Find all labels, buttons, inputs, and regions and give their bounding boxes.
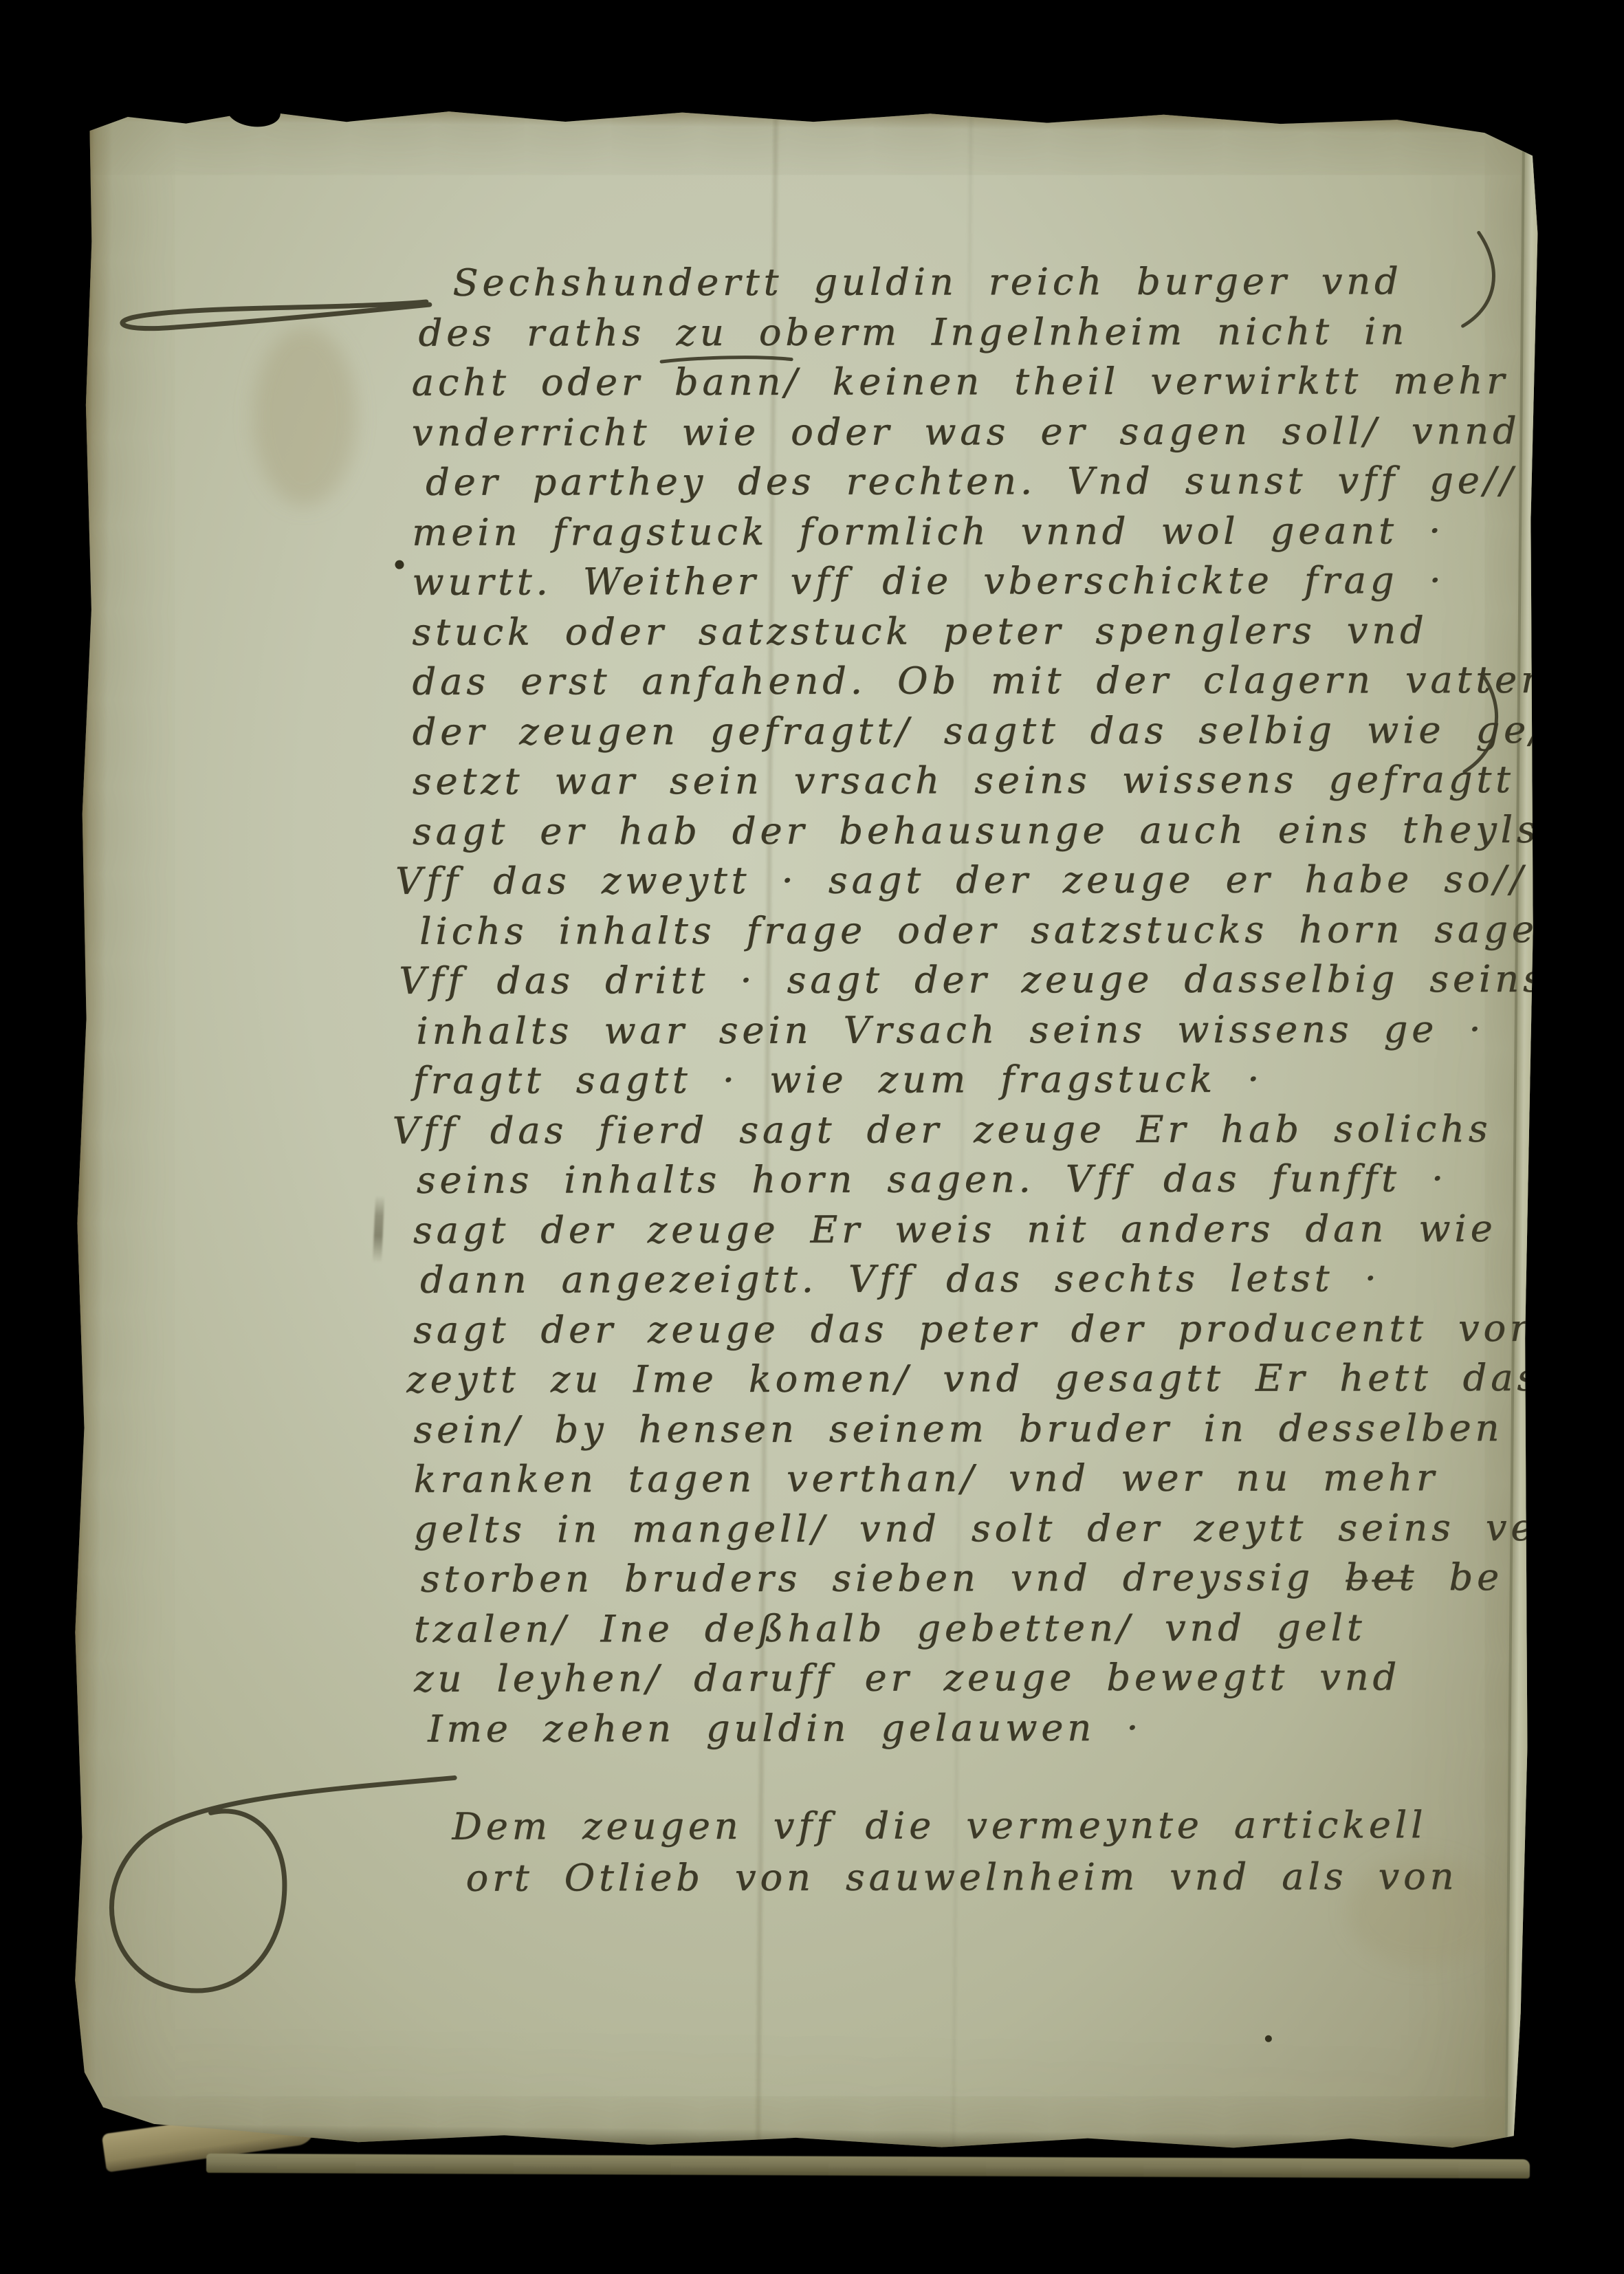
manuscript-line: storben bruders sieben vnd dreyssig b̶e̶… xyxy=(421,1557,1550,1600)
manuscript-line: Vff das dritt · sagt der zeuge dasselbig… xyxy=(399,959,1546,1002)
manuscript-line: zu leyhen/ daruff er zeuge bewegtt vnd xyxy=(414,1657,1401,1700)
margin-bullet-dot: • xyxy=(395,560,404,569)
text-block: Sechshundertt guldin reich burger vnddes… xyxy=(411,261,1528,2051)
manuscript-line: gelts in mangell/ vnd solt der zeytt sei… xyxy=(414,1507,1592,1551)
manuscript-line: vnderricht wie oder was er sagen soll/ v… xyxy=(412,411,1521,454)
manuscript-line: sein/ by hensen seinem bruder in desselb… xyxy=(413,1408,1503,1451)
manuscript-line: sagt der zeuge das peter der producentt … xyxy=(413,1308,1532,1351)
manuscript-line: Dem zeugen vff die vermeynte artickell xyxy=(452,1804,1427,1847)
manuscript-line: der zeugen gefragtt/ sagtt das selbig wi… xyxy=(412,710,1563,753)
manuscript-line: Sechshundertt guldin reich burger vnd xyxy=(452,261,1402,303)
opening-flourish xyxy=(122,299,430,331)
manuscript-line: Vff das zweytt · sagt der zeuge er habe … xyxy=(395,859,1527,902)
manuscript-line: wurtt. Weither vff die vberschickte frag… xyxy=(412,560,1445,603)
manuscript-line: Vff das fierd sagt der zeuge Er hab soli… xyxy=(393,1108,1492,1152)
manuscript-line: stuck oder satzstuck peter spenglers vnd xyxy=(412,610,1427,653)
manuscript-line: sagt er hab der behausunge auch eins the… xyxy=(413,809,1556,853)
manuscript-line: das erst anfahend. Ob mit der clagern va… xyxy=(412,659,1542,703)
paper-stain xyxy=(252,327,357,506)
photo-canvas: • · Sechshundertt guldin reich burger vn… xyxy=(0,0,1624,2274)
manuscript-line: dann angezeigtt. Vff das sechts letst · xyxy=(420,1258,1381,1300)
manuscript-line: acht oder bann/ keinen theil verwirktt m… xyxy=(412,360,1508,404)
manuscript-line: sagt der zeuge Er weis nit anders dan wi… xyxy=(413,1208,1497,1251)
manuscript-line: seins inhalts horn sagen. Vff das funfft… xyxy=(417,1158,1447,1201)
manuscript-line: inhalts war sein Vrsach seins wissens ge… xyxy=(416,1009,1484,1052)
manuscript-line: Ime zehen guldin gelauwen · xyxy=(428,1707,1142,1750)
manuscript-line: ort Otlieb von sauwelnheim vnd als von xyxy=(465,1856,1458,1899)
manuscript-page: • · Sechshundertt guldin reich burger vn… xyxy=(66,98,1543,2156)
manuscript-line: setzt war sein vrsach seins wissens gefr… xyxy=(413,759,1515,802)
manuscript-line: der parthey des rechten. Vnd sunst vff g… xyxy=(426,460,1517,503)
under-page-edge xyxy=(206,2154,1530,2178)
manuscript-line: kranken tagen verthan/ vnd wer nu mehr xyxy=(413,1457,1438,1500)
manuscript-line: fragtt sagtt · wie zum fragstuck · xyxy=(413,1059,1263,1102)
manuscript-line: mein fragstuck formlich vnnd wol geant · xyxy=(412,510,1445,554)
manuscript-line: lichs inhalts frage oder satzstucks horn… xyxy=(419,909,1566,952)
closing-loop-flourish xyxy=(111,1775,454,1993)
manuscript-line: tzalen/ Ine deßhalb gebetten/ vnd gelt xyxy=(414,1607,1366,1650)
manuscript-line: des raths zu oberm Ingelnheim nicht in xyxy=(418,311,1408,354)
ink-offset-smudge xyxy=(373,1195,384,1262)
manuscript-line: zeytt zu Ime komen/ vnd gesagtt Er hett … xyxy=(406,1357,1540,1401)
